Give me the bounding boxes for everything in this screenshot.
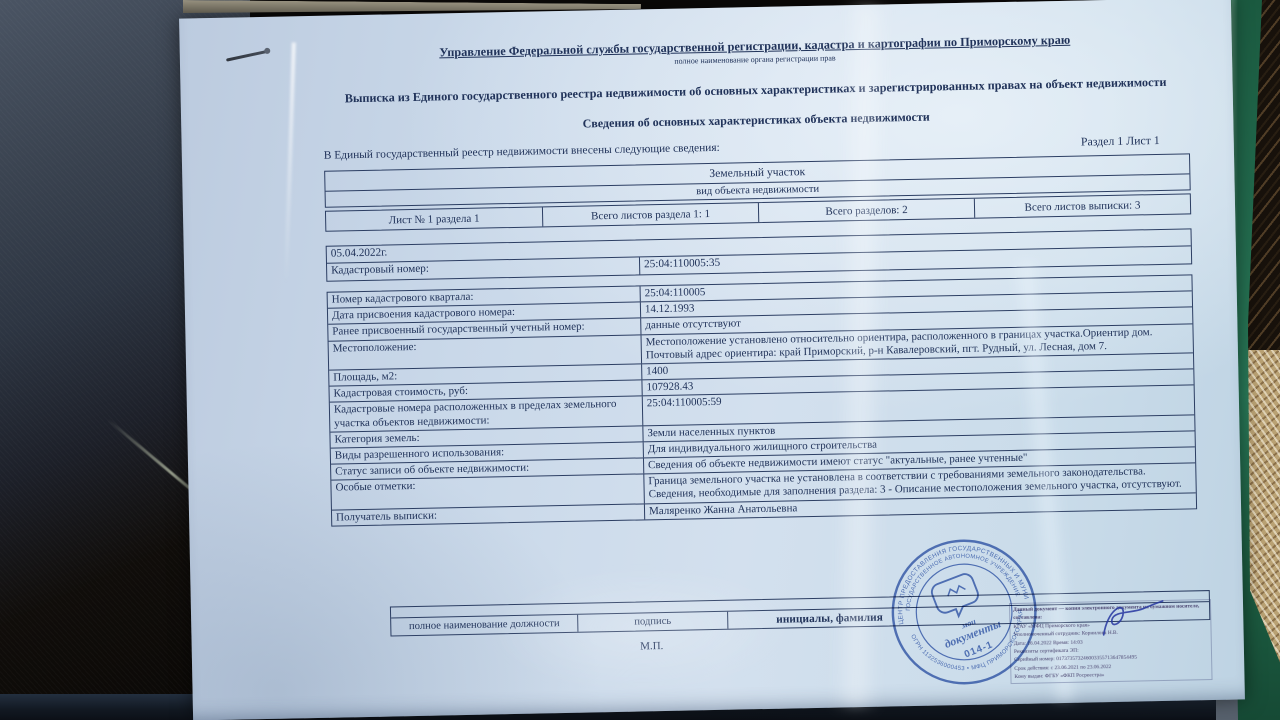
date-cadastral-table: 05.04.2022г. Кадастровый номер: 25:04:11… — [326, 228, 1193, 281]
sheet-info-cell: Всего листов раздела 1: 1 — [542, 203, 758, 226]
document-content: Управление Федеральной службы государств… — [321, 0, 1197, 526]
cadastral-number-label: Кадастровый номер: — [327, 257, 639, 280]
sign-label: подпись — [577, 612, 727, 632]
document-title: Выписка из Единого государственного реес… — [323, 74, 1189, 106]
seal-place-label: М.П. — [577, 639, 727, 654]
sheet-info-cell: Лист № 1 раздела 1 — [326, 207, 542, 230]
sheet-info-cell: Всего листов выписки: 3 — [974, 194, 1190, 217]
paper-crease — [284, 42, 296, 282]
main-attributes-table: Номер кадастрового квартала: 25:04:11000… — [327, 274, 1198, 526]
section-label: Раздел 1 Лист 1 — [1081, 132, 1190, 149]
document-page: Управление Федеральной службы государств… — [179, 0, 1245, 720]
document-subtitle: Сведения об основных характеристиках объ… — [323, 104, 1189, 136]
photo-scene: Управление Федеральной службы государств… — [0, 0, 1280, 720]
position-label: полное наименование должности — [391, 615, 577, 636]
intro-text: В Единый государственный реестр недвижим… — [324, 142, 720, 165]
staple — [226, 50, 268, 62]
sheet-info-cell: Всего разделов: 2 — [758, 199, 974, 222]
mfc-logo-bubble — [929, 572, 983, 623]
